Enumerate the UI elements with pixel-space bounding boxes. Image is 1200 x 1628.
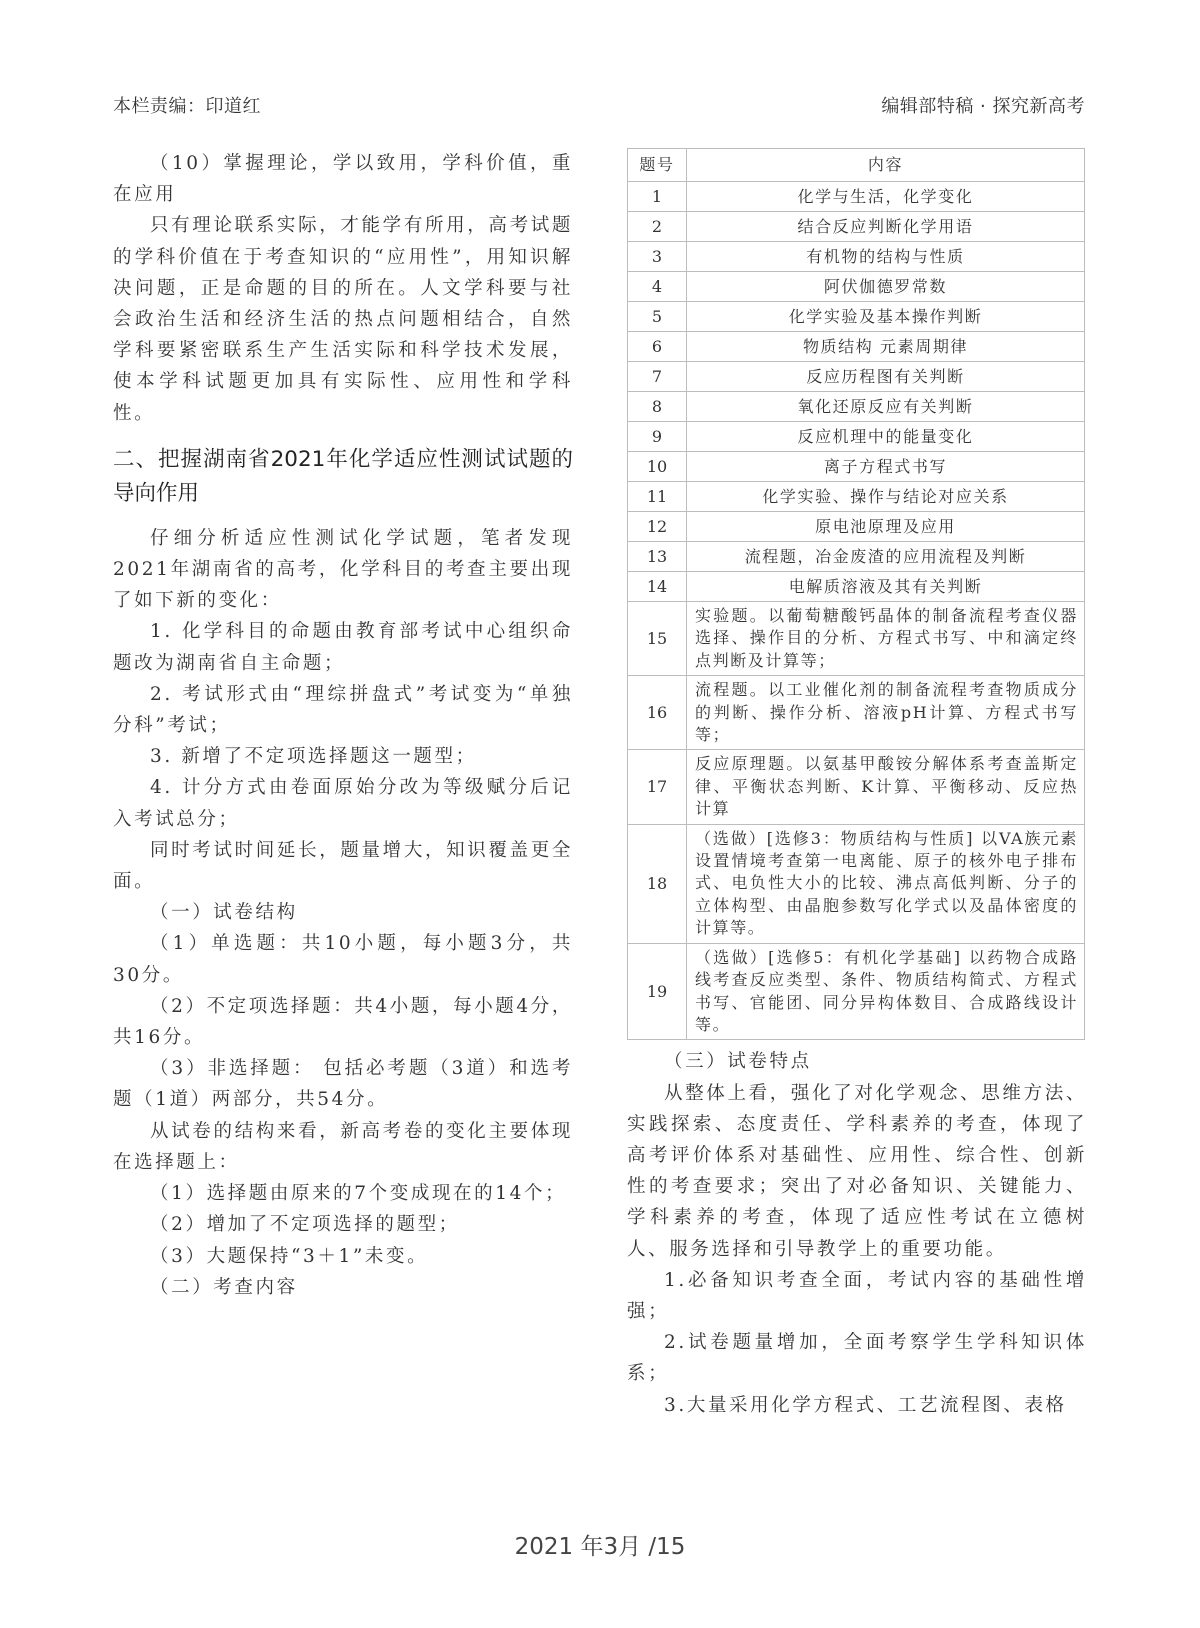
paragraph-theory-practice: 只有理论联系实际，才能学有所用，高考试题的学科价值在于考查知识的“应用性”，用知…: [113, 210, 573, 428]
table-row: 7反应历程图有关判断: [628, 362, 1085, 392]
table-row: 14电解质溶液及其有关判断: [628, 572, 1085, 602]
table-row: 4阿伏伽德罗常数: [628, 272, 1085, 302]
paragraph-analysis-intro: 仔细分析适应性测试化学试题，笔者发现2021年湖南省的高考，化学科目的考查主要出…: [113, 523, 573, 617]
question-content: 反应原理题。以氨基甲酸铵分解体系考查盖斯定律、平衡状态判断、K计算、平衡移动、反…: [687, 750, 1085, 824]
table-row: 17反应原理题。以氨基甲酸铵分解体系考查盖斯定律、平衡状态判断、K计算、平衡移动…: [628, 750, 1085, 824]
page-footer-date-page-number: 2021 年3月 /15: [0, 1528, 1200, 1561]
question-content: 反应历程图有关判断: [687, 362, 1085, 392]
feature-item: 1.必备知识考查全面，考试内容的基础性增强；: [627, 1265, 1087, 1327]
table-row: 2结合反应判断化学用语: [628, 212, 1085, 242]
question-content: 反应机理中的能量变化: [687, 422, 1085, 452]
subheading-paper-structure: （一）试卷结构: [113, 897, 573, 928]
question-content: （选做）[选修3：物质结构与性质] 以VA族元素设置情境考查第一电离能、原子的核…: [687, 824, 1085, 943]
table-row: 18（选做）[选修3：物质结构与性质] 以VA族元素设置情境考查第一电离能、原子…: [628, 824, 1085, 943]
question-number: 9: [628, 422, 687, 452]
question-number: 2: [628, 212, 687, 242]
question-content: 化学与生活，化学变化: [687, 182, 1085, 212]
header-content: 内容: [687, 149, 1085, 182]
paragraph-time-extension: 同时考试时间延长，题量增大，知识覆盖更全面。: [113, 835, 573, 897]
change-item: 1. 化学科目的命题由教育部考试中心组织命题改为湖南省自主命题；: [113, 616, 573, 678]
point-10-heading: （10）掌握理论，学以致用，学科价值，重在应用: [113, 148, 573, 210]
question-content: 化学实验、操作与结论对应关系: [687, 482, 1085, 512]
table-row: 9反应机理中的能量变化: [628, 422, 1085, 452]
header-question-number: 题号: [628, 149, 687, 182]
table-row: 13流程题，冶金废渣的应用流程及判断: [628, 542, 1085, 572]
exam-content-table: 题号 内容 1化学与生活，化学变化 2结合反应判断化学用语 3有机物的结构与性质…: [627, 148, 1085, 1040]
question-content: 流程题。以工业催化剂的制备流程考查物质成分的判断、操作分析、溶液pH计算、方程式…: [687, 676, 1085, 750]
table-row: 19（选做）[选修5：有机化学基础] 以药物合成路线考查反应类型、条件、物质结构…: [628, 943, 1085, 1040]
paragraph-structure-summary: 从试卷的结构来看，新高考卷的变化主要体现在选择题上：: [113, 1116, 573, 1178]
question-content: 化学实验及基本操作判断: [687, 302, 1085, 332]
change-item: 2. 考试形式由“理综拼盘式”考试变为“单独分科”考试；: [113, 679, 573, 741]
table-row: 5化学实验及基本操作判断: [628, 302, 1085, 332]
question-number: 3: [628, 242, 687, 272]
question-number: 8: [628, 392, 687, 422]
table-row: 16流程题。以工业催化剂的制备流程考查物质成分的判断、操作分析、溶液pH计算、方…: [628, 676, 1085, 750]
question-number: 14: [628, 572, 687, 602]
question-content: 结合反应判断化学用语: [687, 212, 1085, 242]
question-number: 13: [628, 542, 687, 572]
question-content: 原电池原理及应用: [687, 512, 1085, 542]
table-row: 1化学与生活，化学变化: [628, 182, 1085, 212]
subheading-exam-content: （二）考查内容: [113, 1272, 573, 1303]
question-content: 物质结构 元素周期律: [687, 332, 1085, 362]
question-content: 电解质溶液及其有关判断: [687, 572, 1085, 602]
change-item: 3. 新增了不定项选择题这一题型；: [113, 741, 573, 772]
observation-item: （1）选择题由原来的7个变成现在的14个；: [113, 1178, 573, 1209]
feature-item: 2.试卷题量增加，全面考察学生学科知识体系；: [627, 1327, 1087, 1389]
structure-item: （2）不定项选择题：共4小题，每小题4分，共16分。: [113, 991, 573, 1053]
question-number: 11: [628, 482, 687, 512]
subheading-paper-features: （三）试卷特点: [627, 1046, 1087, 1077]
structure-item: （1）单选题：共10小题，每小题3分，共30分。: [113, 928, 573, 990]
section-heading-2: 二、把握湖南省2021年化学适应性测试试题的导向作用: [113, 443, 573, 511]
question-number: 5: [628, 302, 687, 332]
left-column: （10）掌握理论，学以致用，学科价值，重在应用 只有理论联系实际，才能学有所用，…: [113, 148, 573, 1303]
question-content: 阿伏伽德罗常数: [687, 272, 1085, 302]
question-content: 离子方程式书写: [687, 452, 1085, 482]
table-row: 10离子方程式书写: [628, 452, 1085, 482]
change-item: 4. 计分方式由卷面原始分改为等级赋分后记入考试总分；: [113, 772, 573, 834]
running-head-editor: 本栏责编：印道红: [113, 92, 261, 118]
table-row: 8氧化还原反应有关判断: [628, 392, 1085, 422]
paragraph-overall-features: 从整体上看，强化了对化学观念、思维方法、实践探索、态度责任、学科素养的考查，体现…: [627, 1078, 1087, 1265]
running-head-column-title: 编辑部特稿 · 探究新高考: [881, 92, 1085, 118]
table-row: 12原电池原理及应用: [628, 512, 1085, 542]
question-number: 17: [628, 750, 687, 824]
question-number: 7: [628, 362, 687, 392]
table-header-row: 题号 内容: [628, 149, 1085, 182]
question-number: 6: [628, 332, 687, 362]
table-row: 3有机物的结构与性质: [628, 242, 1085, 272]
question-content: （选做）[选修5：有机化学基础] 以药物合成路线考查反应类型、条件、物质结构简式…: [687, 943, 1085, 1040]
observation-item: （2）增加了不定项选择的题型；: [113, 1209, 573, 1240]
table-row: 11化学实验、操作与结论对应关系: [628, 482, 1085, 512]
table-row: 15实验题。以葡萄糖酸钙晶体的制备流程考查仪器选择、操作目的分析、方程式书写、中…: [628, 602, 1085, 676]
table-row: 6物质结构 元素周期律: [628, 332, 1085, 362]
question-number: 15: [628, 602, 687, 676]
question-content: 实验题。以葡萄糖酸钙晶体的制备流程考查仪器选择、操作目的分析、方程式书写、中和滴…: [687, 602, 1085, 676]
question-content: 流程题，冶金废渣的应用流程及判断: [687, 542, 1085, 572]
question-number: 16: [628, 676, 687, 750]
observation-item: （3）大题保持“3＋1”未变。: [113, 1241, 573, 1272]
question-number: 18: [628, 824, 687, 943]
question-number: 12: [628, 512, 687, 542]
structure-item: （3）非选择题： 包括必考题（3道）和选考题（1道）两部分，共54分。: [113, 1053, 573, 1115]
question-content: 有机物的结构与性质: [687, 242, 1085, 272]
question-number: 1: [628, 182, 687, 212]
question-content: 氧化还原反应有关判断: [687, 392, 1085, 422]
question-number: 4: [628, 272, 687, 302]
feature-item: 3.大量采用化学方程式、工艺流程图、表格: [627, 1390, 1087, 1421]
question-number: 10: [628, 452, 687, 482]
right-column: 题号 内容 1化学与生活，化学变化 2结合反应判断化学用语 3有机物的结构与性质…: [627, 148, 1087, 1421]
question-number: 19: [628, 943, 687, 1040]
